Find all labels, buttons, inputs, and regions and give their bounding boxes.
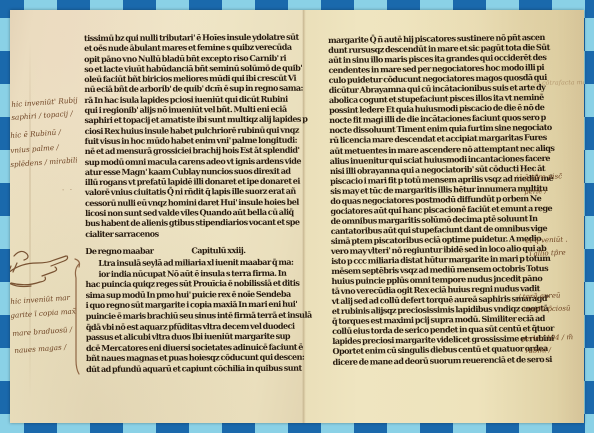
right-page-text: margarite Q̄ ñ autē hij piscatores susti… xyxy=(328,32,553,367)
margin-bracket-line xyxy=(72,258,84,376)
margin-note: in cōtrafacta margarite xyxy=(534,79,584,87)
margin-note: lapidū p̃ciosū xyxy=(523,304,571,314)
left-page-paragraph-1: tissimū bz qui nulli tributari' ē Hoīes … xyxy=(84,32,308,239)
chapter-number: Capitulū xxiij. xyxy=(191,245,245,255)
margin-note: et q̃ veniūt . xyxy=(525,236,568,245)
margin-note: / ī q̃ tp̃re pisc̃ xyxy=(515,172,562,182)
text-line: dūt ad pfundū aquarū et capiunt cōchilia… xyxy=(86,363,312,375)
margin-note: · · xyxy=(62,186,74,194)
margin-note: / torq̃ aureū xyxy=(518,292,561,301)
margin-note: perle / xyxy=(524,187,547,196)
left-page-paragraph-2: Ltra insulā seylā ad miliaria xl iuenit … xyxy=(85,257,312,375)
chapter-heading: De regno maabar Capitulū xxiij. xyxy=(85,246,153,256)
text-line: nē et ad mensurā grossiciei brachij hois… xyxy=(85,145,308,157)
margin-note: ī allio tp̃re xyxy=(529,249,566,258)
book-photo: tissimū bz qui nulli tributari' ē Hoīes … xyxy=(10,10,584,423)
chapter-title: De regno maabar xyxy=(85,246,153,256)
text-line: bus habent de alienis gtibus stipendiari… xyxy=(85,217,308,229)
margin-note: rubini / xyxy=(525,346,551,355)
text-line: cialiter sarracenos xyxy=(85,227,308,239)
text-line: puincie ē maris brachiū seu sinus intē f… xyxy=(86,310,312,322)
text-line: Ltra insulā seylā ad miliaria xl iuenit … xyxy=(85,257,311,269)
checkered-border-frame: tissimū bz qui nulli tributari' ē Hoīes … xyxy=(0,0,594,433)
left-page-text: tissimū bz qui nulli tributari' ē Hoīes … xyxy=(84,32,304,33)
manicule-hand-icon xyxy=(10,247,72,293)
